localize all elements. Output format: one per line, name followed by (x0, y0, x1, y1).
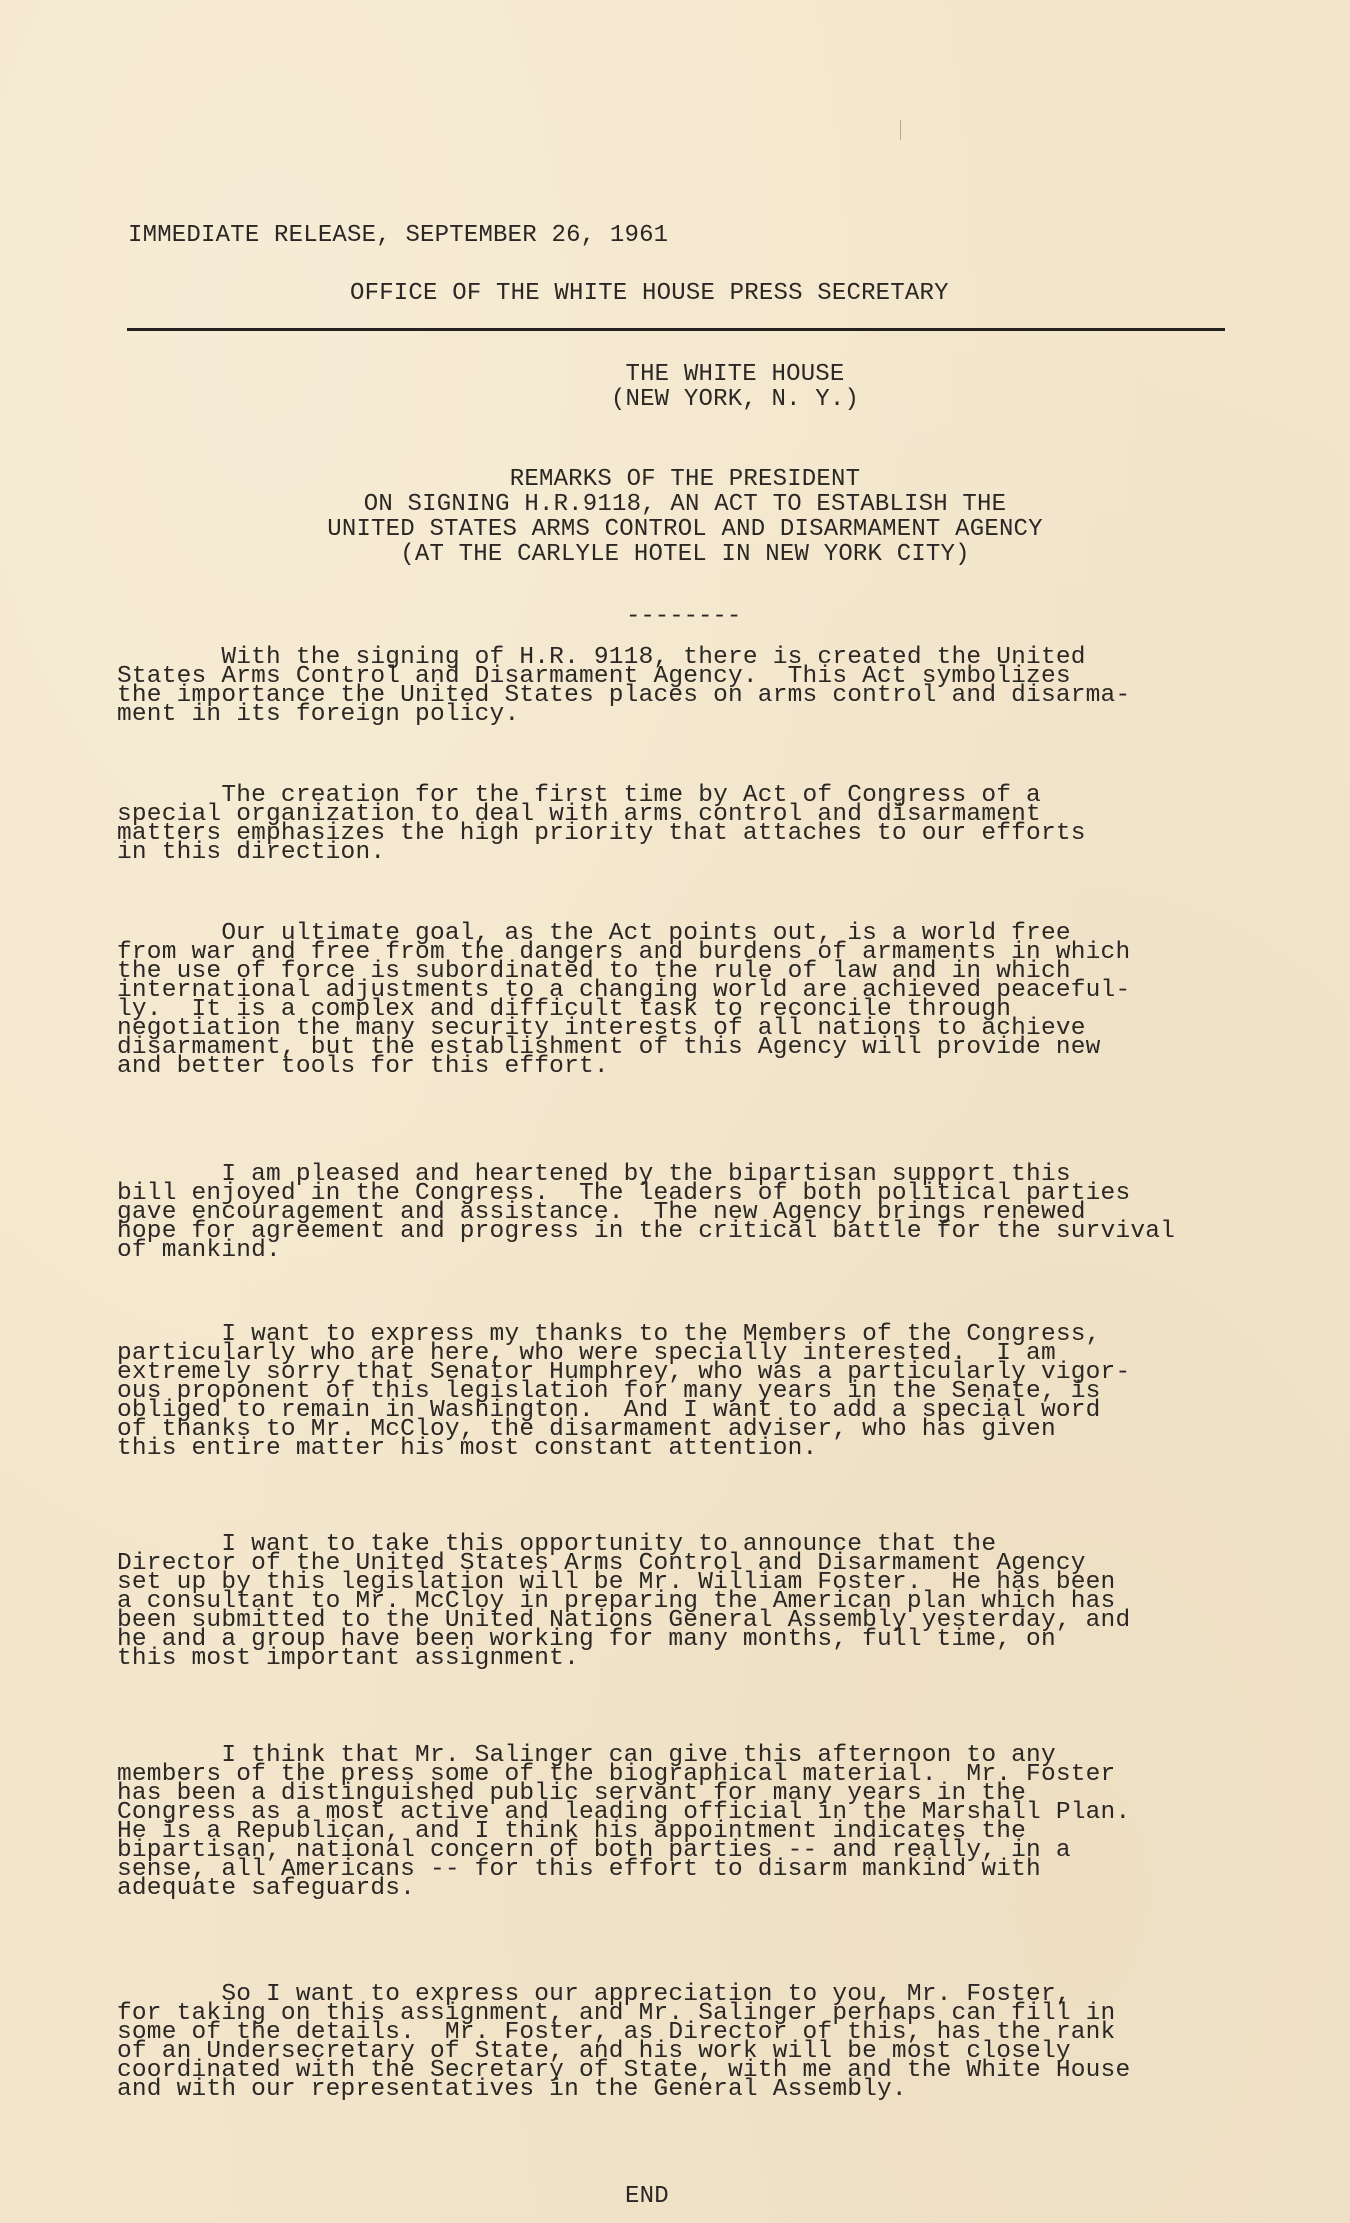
location-block: THE WHITE HOUSE (NEW YORK, N. Y.) (60, 362, 1350, 412)
section-separator: -------- (626, 603, 741, 630)
title-line-4: (AT THE CARLYLE HOTEL IN NEW YORK CITY) (10, 542, 1350, 567)
paragraph-line: this entire matter his most constant att… (117, 1439, 1237, 1458)
end-mark: END (625, 2183, 669, 2210)
office-line: OFFICE OF THE WHITE HOUSE PRESS SECRETAR… (350, 280, 949, 307)
paragraph-6: I want to take this opportunity to annou… (117, 1535, 1237, 1668)
paragraph-line: hope for agreement and progress in the c… (117, 1222, 1237, 1241)
paper-mark (900, 120, 901, 140)
paragraph-2: The creation for the first time by Act o… (117, 786, 1237, 862)
title-block: REMARKS OF THE PRESIDENT ON SIGNING H.R.… (10, 467, 1350, 567)
paragraph-8: So I want to express our appreciation to… (117, 1985, 1237, 2099)
paragraph-4: I am pleased and heartened by the bipart… (117, 1165, 1237, 1260)
title-line-3: UNITED STATES ARMS CONTROL AND DISARMAME… (10, 517, 1350, 542)
title-line-1: REMARKS OF THE PRESIDENT (10, 467, 1350, 492)
press-release-page: IMMEDIATE RELEASE, SEPTEMBER 26, 1961 OF… (0, 0, 1350, 2223)
paragraph-5: I want to express my thanks to the Membe… (117, 1325, 1237, 1458)
location-line-1: THE WHITE HOUSE (60, 362, 1350, 387)
paragraph-7: I think that Mr. Salinger can give this … (117, 1746, 1237, 1898)
paragraph-1: With the signing of H.R. 9118, there is … (117, 648, 1237, 724)
header-divider (127, 328, 1225, 331)
release-date-line: IMMEDIATE RELEASE, SEPTEMBER 26, 1961 (128, 222, 668, 249)
title-line-2: ON SIGNING H.R.9118, AN ACT TO ESTABLISH… (10, 492, 1350, 517)
paragraph-3: Our ultimate goal, as the Act points out… (117, 924, 1237, 1076)
location-line-2: (NEW YORK, N. Y.) (60, 387, 1350, 412)
